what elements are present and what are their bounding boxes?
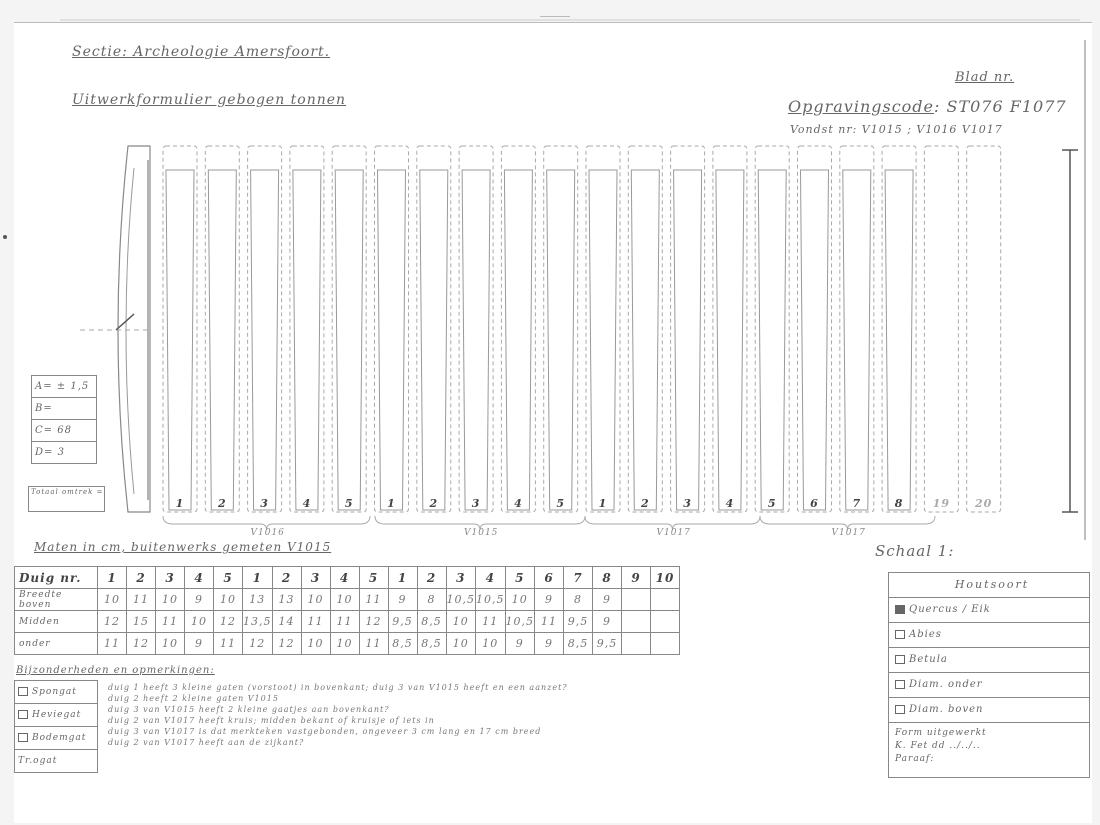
stave-group-label: V1016: [251, 528, 285, 538]
stave-number: 5: [551, 497, 571, 510]
table-cell: 3: [156, 567, 185, 589]
table-cell: 11: [127, 589, 156, 611]
table-cell: 11: [156, 611, 185, 633]
table-cell: 10: [156, 589, 185, 611]
table-header-row: Duig nr.123451234512345678910: [15, 567, 680, 589]
table-cell: 12: [359, 611, 388, 633]
table-cell: [622, 611, 651, 633]
table-cell: 11: [535, 611, 564, 633]
total-circumference: Totaal omtrek =: [28, 486, 105, 512]
table-cell: 10,5: [505, 611, 535, 633]
checkbox-icon[interactable]: [895, 705, 905, 714]
row-label: Breedte boven: [15, 589, 98, 611]
remark-option[interactable]: Bodemgat: [15, 727, 97, 750]
measurements-caption: Maten in cm, buitenwerks gemeten V1015: [34, 540, 331, 554]
table-cell: 10: [476, 633, 506, 655]
stave-number: 3: [466, 497, 486, 510]
stave-number: 1: [593, 497, 613, 510]
table-cell: 15: [127, 611, 156, 633]
table-cell: 10,5: [476, 589, 506, 611]
stave-number: 19: [931, 497, 951, 510]
wood-type-option[interactable]: Quercus / Eik: [889, 598, 1089, 623]
table-cell: 9: [505, 633, 535, 655]
table-cell: 10: [446, 633, 476, 655]
remark-line: duig 3 van V1015 heeft 2 kleine gaatjes …: [108, 704, 568, 715]
table-cell: 9,5: [388, 611, 417, 633]
table-cell: 9: [535, 633, 564, 655]
table-cell: 10: [446, 611, 476, 633]
legend-a: A= ± 1,5: [32, 376, 96, 398]
table-cell: 8: [593, 567, 622, 589]
table-cell: 11: [330, 611, 359, 633]
table-cell: 13: [243, 589, 273, 611]
dimension-legend: A= ± 1,5 B= C= 68 D= 3: [31, 375, 97, 464]
table-cell: 3: [446, 567, 476, 589]
wood-type-box: HoutsoortQuercus / EikAbiesBetulaDiam. o…: [888, 572, 1090, 778]
stave-number: 6: [805, 497, 825, 510]
table-cell: 13,5: [243, 611, 273, 633]
table-cell: 9,5: [564, 611, 593, 633]
table-cell: 9: [388, 589, 417, 611]
remark-line: duig 2 heeft 2 kleine gaten V1015: [108, 693, 568, 704]
table-cell: 9: [535, 589, 564, 611]
checkbox-icon[interactable]: [18, 687, 28, 696]
table-cell: 12: [243, 633, 273, 655]
table-cell: 3: [301, 567, 330, 589]
table-cell: 11: [359, 589, 388, 611]
table-cell: 10: [301, 589, 330, 611]
stave-number: 2: [424, 497, 444, 510]
table-cell: 1: [388, 567, 417, 589]
table-cell: 9: [622, 567, 651, 589]
scale-label: Schaal 1:: [875, 542, 954, 560]
table-cell: 10: [651, 567, 680, 589]
table-cell: 11: [301, 611, 330, 633]
wood-type-option[interactable]: Betula: [889, 648, 1089, 673]
stave-number: 20: [974, 497, 994, 510]
table-cell: 9: [593, 611, 622, 633]
table-cell: 10: [505, 589, 535, 611]
form-signoff: Form uitgewerktK. Fet dd ../../..Paraaf:: [889, 723, 1089, 777]
legend-b: B=: [32, 398, 96, 420]
table-cell: [651, 589, 680, 611]
table-cell: 10: [301, 633, 330, 655]
stave-number: 7: [847, 497, 867, 510]
checkbox-icon[interactable]: [18, 710, 28, 719]
remarks-title: Bijzonderheden en opmerkingen:: [16, 665, 215, 676]
table-cell: 10: [330, 633, 359, 655]
measurements-table: Duig nr.123451234512345678910Breedte bov…: [14, 566, 680, 655]
table-cell: 2: [417, 567, 446, 589]
row-label: Duig nr.: [15, 567, 98, 589]
table-cell: 10: [156, 633, 185, 655]
table-cell: 11: [476, 611, 506, 633]
row-label: onder: [15, 633, 98, 655]
table-cell: 8: [417, 589, 446, 611]
checkbox-icon[interactable]: [895, 630, 905, 639]
stave-number: 8: [889, 497, 909, 510]
checkbox-icon[interactable]: [895, 655, 905, 664]
table-cell: 10: [214, 589, 243, 611]
table-cell: 10,5: [446, 589, 476, 611]
wood-type-title: Houtsoort: [889, 573, 1089, 598]
table-cell: 5: [214, 567, 243, 589]
stave-number: 1: [170, 497, 190, 510]
table-cell: 8,5: [388, 633, 417, 655]
table-cell: 9: [185, 633, 214, 655]
checkbox-icon[interactable]: [895, 680, 905, 689]
legend-c: C= 68: [32, 420, 96, 442]
wood-type-option[interactable]: Abies: [889, 623, 1089, 648]
wood-type-option[interactable]: Diam. onder: [889, 673, 1089, 698]
stave-number: 3: [255, 497, 275, 510]
table-cell: 2: [272, 567, 301, 589]
stave-number: 4: [508, 497, 528, 510]
table-row: onder11121091112121010118,58,51010998,59…: [15, 633, 680, 655]
signoff-line: K. Fet dd ../../..: [895, 740, 1089, 753]
remarks-text: duig 1 heeft 3 kleine gaten (vorstoot) i…: [108, 682, 568, 748]
remark-line: duig 2 van V1017 heeft aan de zijkant?: [108, 737, 568, 748]
table-cell: 4: [330, 567, 359, 589]
table-cell: 5: [359, 567, 388, 589]
table-cell: [622, 589, 651, 611]
stave-number: 5: [762, 497, 782, 510]
table-row: Midden121511101213,5141111129,58,5101110…: [15, 611, 680, 633]
table-cell: 9: [185, 589, 214, 611]
table-cell: 8: [564, 589, 593, 611]
table-cell: 8,5: [417, 611, 446, 633]
stave-number: 2: [212, 497, 232, 510]
legend-d: D= 3: [32, 442, 96, 463]
stave-number: 3: [678, 497, 698, 510]
row-label: Midden: [15, 611, 98, 633]
checked-box-icon[interactable]: [895, 605, 905, 614]
table-cell: 1: [98, 567, 127, 589]
table-cell: 10: [98, 589, 127, 611]
table-cell: 12: [272, 633, 301, 655]
stave-diagram: [0, 0, 1100, 540]
table-cell: 8,5: [417, 633, 446, 655]
remark-line: duig 2 van V1017 heeft kruis; midden bek…: [108, 715, 568, 726]
remarks-options: SpongatHeviegatBodemgatTr.ogat: [14, 680, 98, 773]
table-cell: 4: [185, 567, 214, 589]
signoff-line: Paraaf:: [895, 753, 1089, 766]
remark-option[interactable]: Heviegat: [15, 704, 97, 727]
table-cell: 9,5: [593, 633, 622, 655]
table-cell: 11: [98, 633, 127, 655]
wood-type-option[interactable]: Diam. boven: [889, 698, 1089, 723]
table-cell: [622, 633, 651, 655]
remark-option[interactable]: Spongat: [15, 681, 97, 704]
table-cell: 12: [98, 611, 127, 633]
table-cell: 2: [127, 567, 156, 589]
stave-number: 5: [339, 497, 359, 510]
stave-number: 4: [720, 497, 740, 510]
remark-line: duig 1 heeft 3 kleine gaten (vorstoot) i…: [108, 682, 568, 693]
table-cell: 1: [243, 567, 273, 589]
table-row: Breedte boven10111091013131010119810,510…: [15, 589, 680, 611]
table-cell: 5: [505, 567, 535, 589]
table-cell: 6: [535, 567, 564, 589]
table-cell: 14: [272, 611, 301, 633]
checkbox-icon[interactable]: [18, 733, 28, 742]
table-cell: 13: [272, 589, 301, 611]
table-cell: 12: [214, 611, 243, 633]
table-cell: 11: [359, 633, 388, 655]
table-cell: 11: [214, 633, 243, 655]
stave-number: 4: [297, 497, 317, 510]
stave-number: 2: [635, 497, 655, 510]
table-cell: 10: [185, 611, 214, 633]
signoff-line: Form uitgewerkt: [895, 727, 1089, 740]
stave-number: 1: [382, 497, 402, 510]
table-cell: 12: [127, 633, 156, 655]
stave-group-label: V1017: [657, 528, 691, 538]
table-cell: 8,5: [564, 633, 593, 655]
remark-line: duig 3 van V1017 is dat merkteken vastge…: [108, 726, 568, 737]
table-cell: 4: [476, 567, 506, 589]
table-cell: [651, 633, 680, 655]
table-cell: 10: [330, 589, 359, 611]
table-cell: [651, 611, 680, 633]
stave-group-label: V1015: [464, 528, 498, 538]
stave-group-label: V1017: [832, 528, 866, 538]
table-cell: 9: [593, 589, 622, 611]
table-cell: 7: [564, 567, 593, 589]
remark-option: Tr.ogat: [15, 750, 97, 772]
